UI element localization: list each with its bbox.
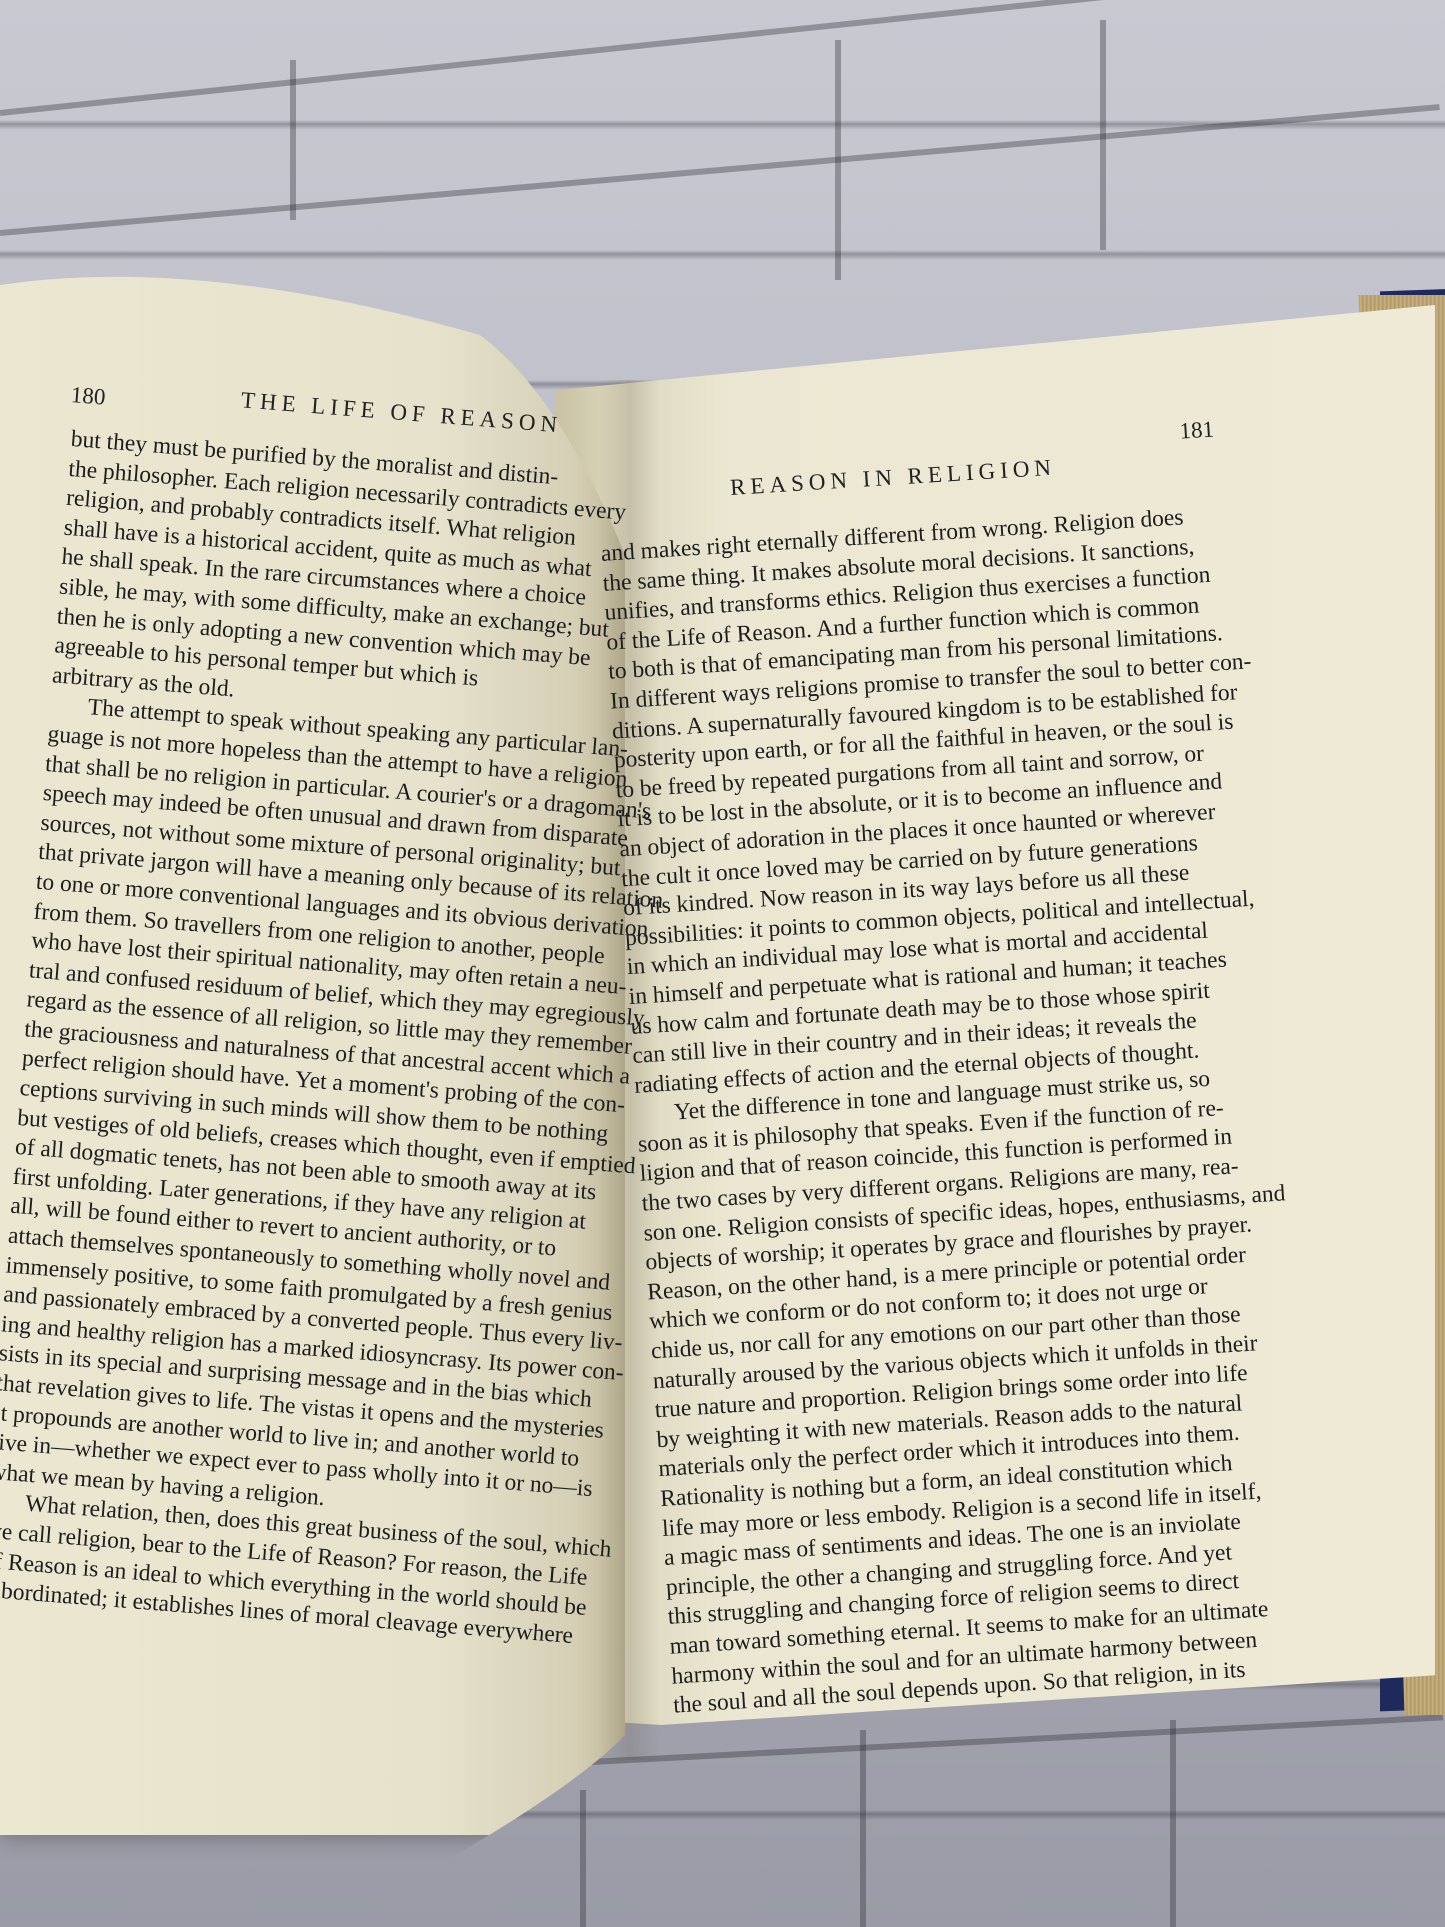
left-page-body: but they must be purified by the moralis… (0, 425, 697, 1654)
brick-mortar-line (0, 104, 1440, 236)
right-page-body: and makes right eternally different from… (600, 500, 1316, 1722)
brick-mortar-line (290, 60, 296, 220)
page-number: 180 (70, 382, 106, 411)
brick-mortar-line (1100, 20, 1106, 250)
brick-mortar-line (1170, 1720, 1176, 1927)
brick-mortar-line (860, 1730, 866, 1927)
brick-mortar-line (835, 40, 841, 280)
brick-mortar-line (580, 1790, 586, 1927)
brick-mortar-line (0, 0, 1437, 116)
page-number: 181 (1179, 417, 1215, 445)
